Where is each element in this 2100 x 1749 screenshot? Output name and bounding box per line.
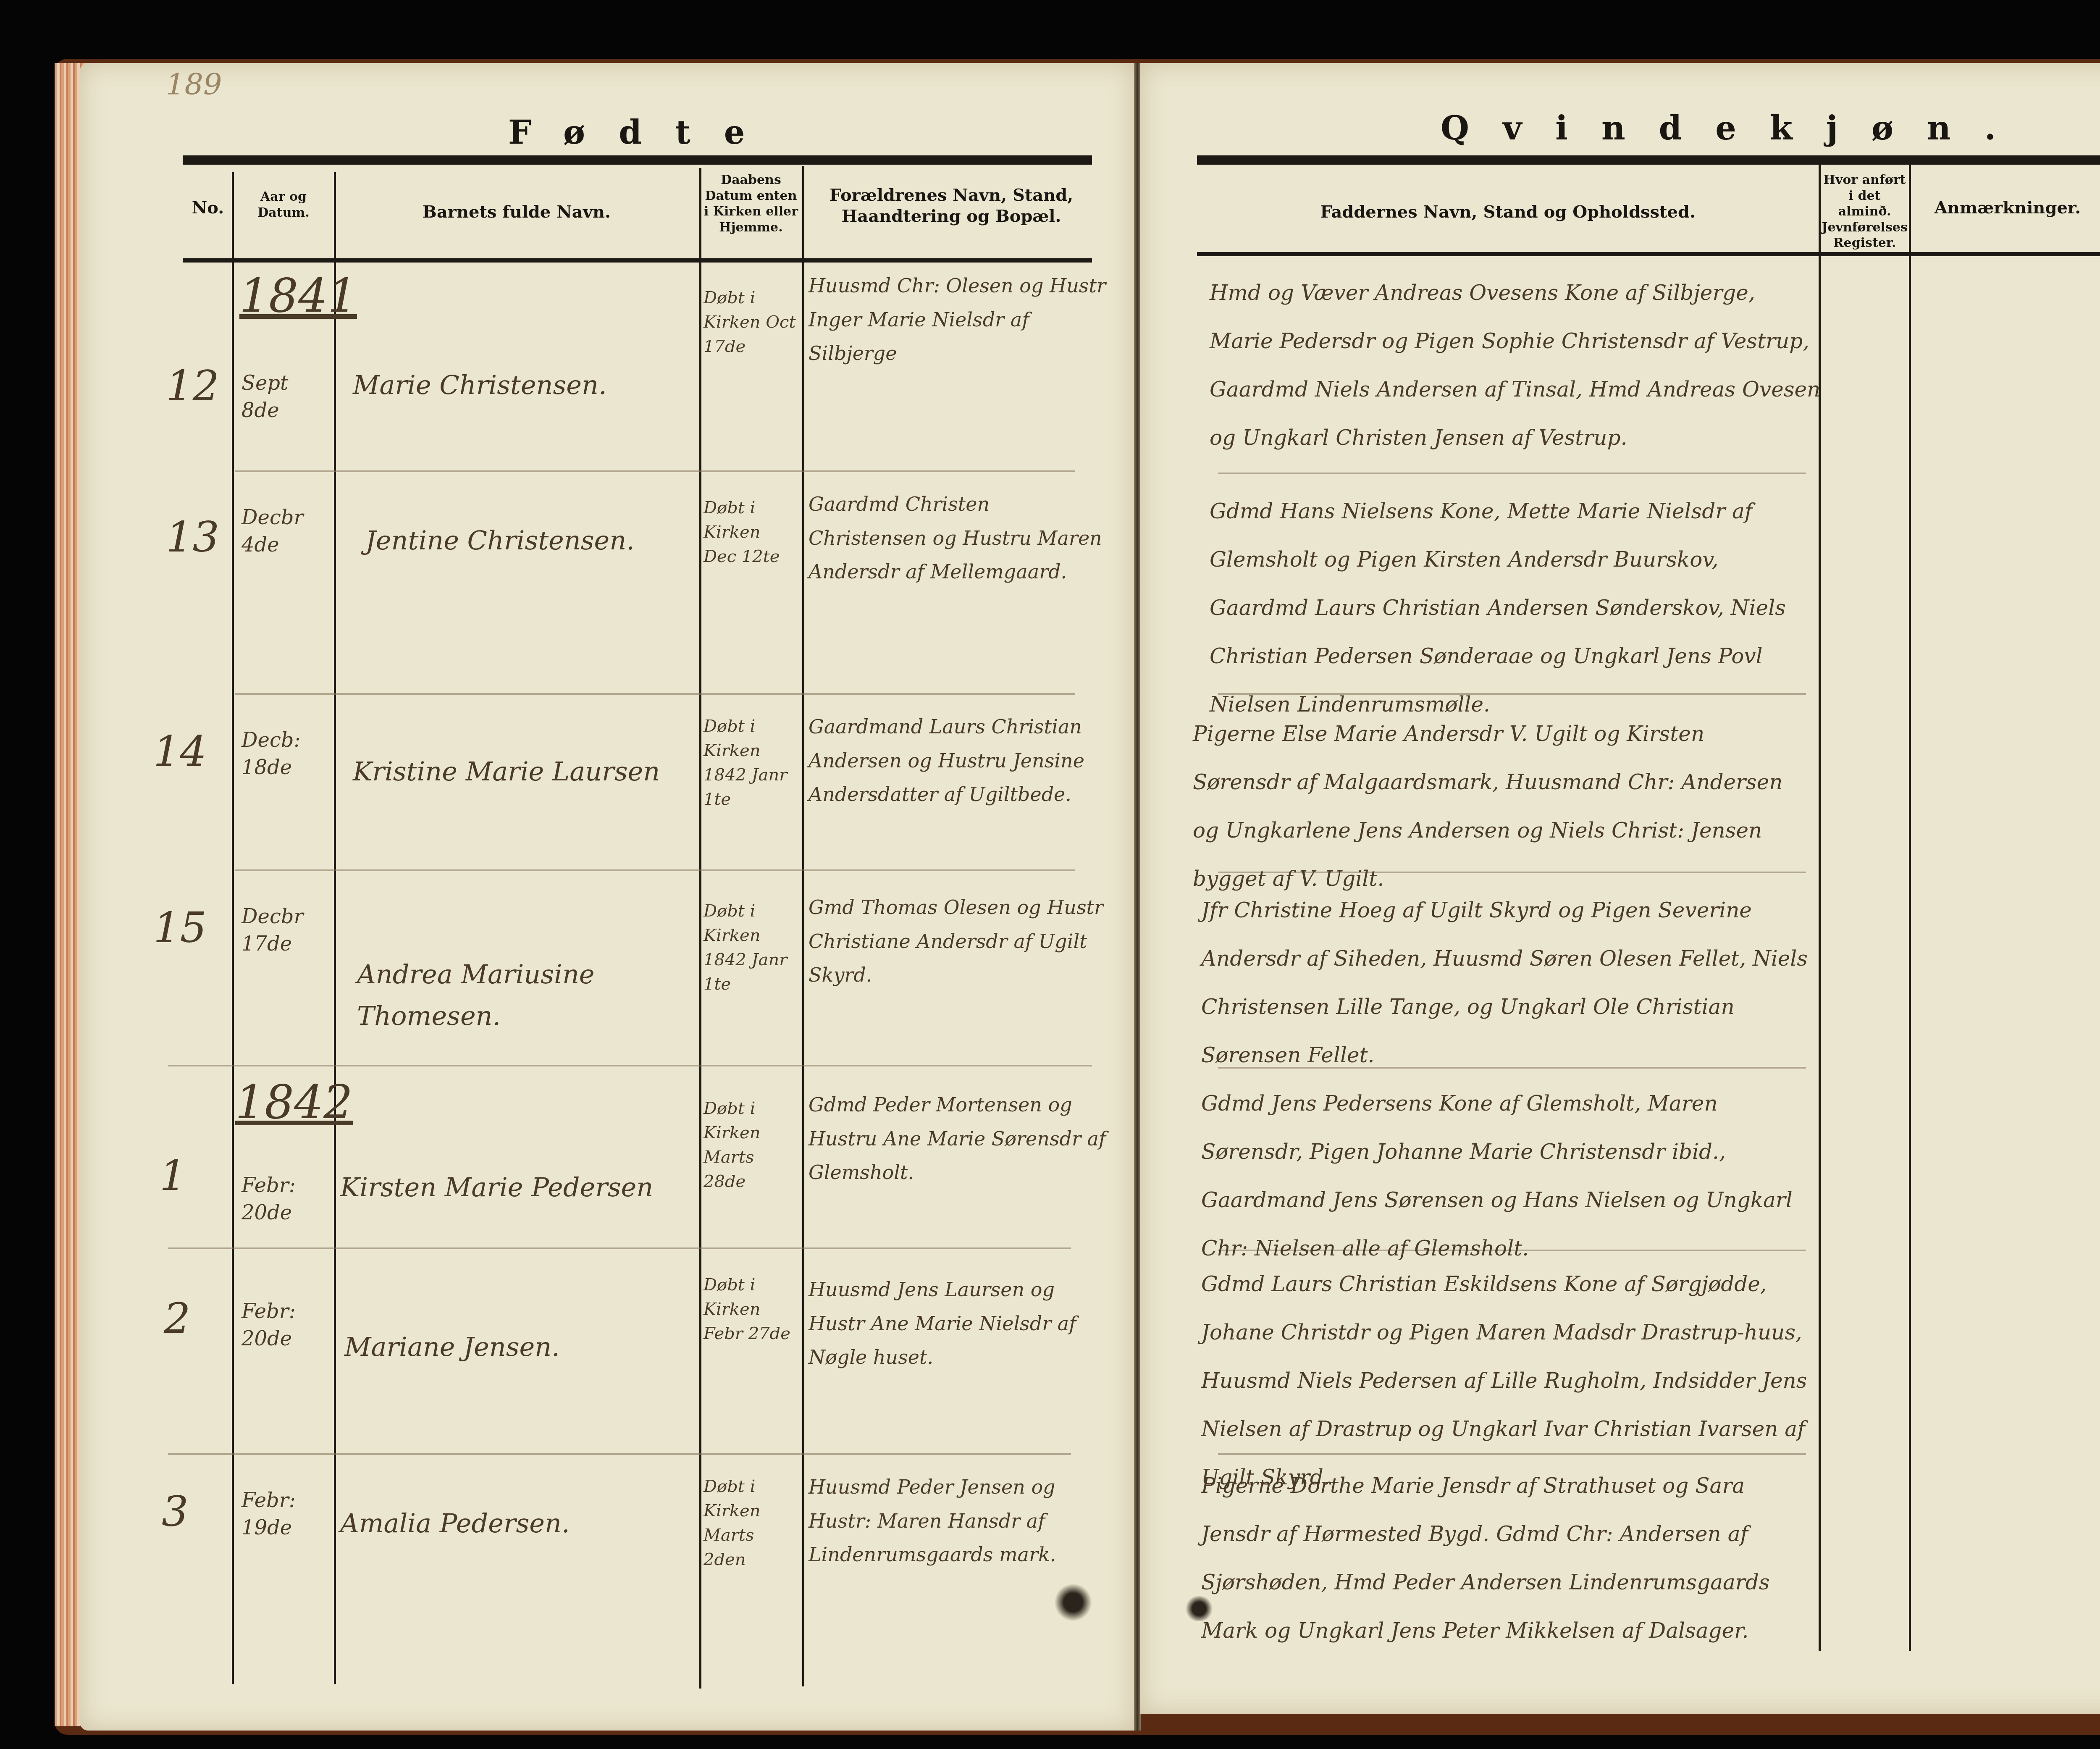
sponsors-info: Gdmd Hans Nielsens Kone, Mette Marie Nie…	[1210, 487, 1823, 729]
child-name: Amalia Pedersen.	[340, 1508, 570, 1539]
baptism-date: Døbt i Kirken Marts 2den	[703, 1474, 798, 1572]
header-baptism: Daabens Datum enten i Kirken eller Hjemm…	[702, 172, 800, 235]
child-name: Kristine Marie Laursen	[353, 756, 660, 787]
entry-date: Febr: 20de	[241, 1172, 330, 1226]
baptism-date: Døbt i Kirken Oct 17de	[703, 286, 798, 359]
baptism-date: Døbt i Kirken Marts 28de	[703, 1096, 798, 1194]
header-child-name: Barnets fulde Navn.	[336, 202, 697, 223]
child-name: Mariane Jensen.	[344, 1331, 560, 1362]
header-top-rule-left	[183, 155, 1092, 165]
parents-info: Gaardmand Laurs Christian Andersen og Hu…	[808, 710, 1111, 811]
parents-info: Huusmd Peder Jensen og Hustr: Maren Hans…	[808, 1470, 1111, 1572]
parents-info: Gdmd Peder Mortensen og Hustru Ane Marie…	[808, 1088, 1111, 1190]
entry-number: 1	[160, 1151, 186, 1200]
row-separator	[168, 1453, 1071, 1455]
book-gutter	[1134, 63, 1141, 1731]
baptism-date: Døbt i Kirken 1842 Janr 1te	[703, 899, 798, 996]
entry-date: Febr: 19de	[241, 1487, 330, 1542]
header-remarks: Anmærkninger.	[1913, 197, 2100, 218]
sponsors-info: Pigerne Else Marie Andersdr V. Ugilt og …	[1193, 710, 1806, 903]
parents-info: Gaardmd Christen Christensen og Hustru M…	[808, 487, 1111, 589]
entry-date: Decb: 18de	[241, 727, 330, 781]
parents-info: Gmd Thomas Olesen og Hustr Christiane An…	[808, 890, 1111, 992]
entry-number: 12	[166, 361, 219, 410]
col-divider	[802, 166, 804, 1686]
year-marker: 1841	[239, 269, 357, 323]
col-divider	[1909, 164, 1911, 1651]
entry-number: 3	[162, 1487, 189, 1536]
left-page-number: 189	[166, 67, 222, 102]
row-separator	[1218, 473, 1806, 474]
entry-date: Decbr 17de	[241, 903, 330, 958]
ink-stain	[1184, 1596, 1214, 1621]
col-divider	[232, 172, 234, 1684]
entry-number: 15	[153, 903, 207, 952]
header-no: No.	[185, 197, 231, 218]
parents-info: Huusmd Chr: Olesen og Hustr Inger Marie …	[808, 269, 1111, 370]
header-top-rule-right	[1197, 155, 2100, 165]
entry-number: 13	[166, 512, 219, 562]
header-date: Aar og Datum.	[235, 189, 332, 221]
right-page-title: Qvindekjøn.	[1441, 109, 2029, 147]
entry-date: Decbr 4de	[241, 504, 330, 559]
row-separator	[235, 693, 1075, 695]
header-sponsors: Faddernes Navn, Stand og Opholdssted.	[1201, 202, 1814, 223]
entry-number: 14	[153, 727, 207, 776]
ink-stain	[1054, 1584, 1092, 1621]
sponsors-info: Jfr Christine Hoeg af Ugilt Skyrd og Pig…	[1201, 886, 1814, 1079]
header-bottom-rule-left	[183, 258, 1092, 263]
child-name: Kirsten Marie Pedersen	[340, 1172, 653, 1203]
child-name: Jentine Christensen.	[365, 525, 635, 556]
year-marker: 1842	[235, 1075, 353, 1129]
baptism-date: Døbt i Kirken Febr 27de	[703, 1273, 798, 1346]
child-name: Andrea Mariusine Thomesen.	[357, 953, 685, 1037]
col-divider	[334, 172, 336, 1684]
entry-date: Sept 8de	[241, 370, 330, 424]
entry-date: Febr: 20de	[241, 1298, 330, 1352]
header-bottom-rule-right	[1197, 252, 2100, 256]
child-name: Marie Christensen.	[353, 370, 607, 400]
baptism-date: Døbt i Kirken 1842 Janr 1te	[703, 714, 798, 811]
header-register: Hvor anført i det alminð. Jevnførelses R…	[1822, 172, 1908, 251]
entry-number: 2	[164, 1294, 191, 1343]
row-separator	[235, 470, 1075, 472]
row-separator	[168, 1065, 1092, 1066]
sponsors-info: Gdmd Jens Pedersens Kone af Glemsholt, M…	[1201, 1079, 1814, 1273]
sponsors-info: Pigerne Dorthe Marie Jensdr af Strathuse…	[1201, 1462, 1814, 1655]
col-divider	[699, 168, 701, 1689]
left-page-title: Fødte	[508, 113, 778, 152]
row-separator	[235, 869, 1075, 871]
baptism-date: Døbt i Kirken Dec 12te	[703, 496, 798, 569]
row-separator	[168, 1247, 1071, 1249]
header-parents: Forældrenes Navn, Stand, Haandtering og …	[806, 185, 1096, 227]
sponsors-info: Hmd og Væver Andreas Ovesens Kone af Sil…	[1210, 269, 1823, 462]
parents-info: Huusmd Jens Laursen og Hustr Ane Marie N…	[808, 1273, 1111, 1374]
